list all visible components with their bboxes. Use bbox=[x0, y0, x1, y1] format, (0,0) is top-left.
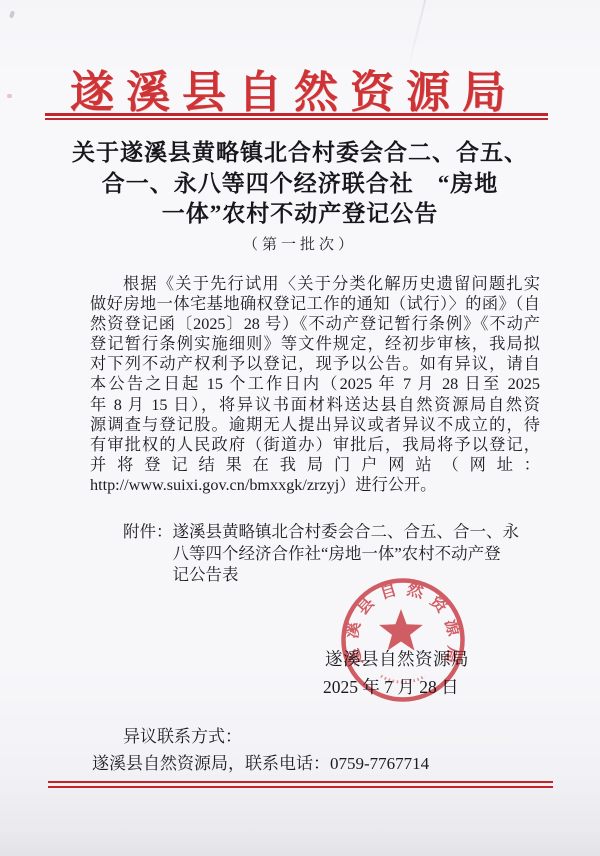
body-line: 并将登记结果在我局门户网站（网址： bbox=[90, 455, 540, 475]
letterhead-rule-line bbox=[45, 113, 548, 120]
document-title-line: 关于遂溪县黄略镇北合村委会合二、合五、 bbox=[0, 138, 600, 169]
body-line-url: http://www.suixi.gov.cn/bmxxgk/zrzyj）进行公… bbox=[90, 475, 540, 495]
body-line: 源调查与登记股。逾期无人提出异议或者异议不成立的，待 bbox=[90, 415, 540, 435]
body-line: 对下列不动产权利予以登记，现予以公告。如有异议，请自 bbox=[90, 354, 540, 374]
body-line: 然资登记函〔2025〕28 号）《不动产登记暂行条例》《不动产 bbox=[90, 314, 540, 334]
objection-contact-heading: 异议联系方式： bbox=[123, 722, 242, 747]
attachment-line: 遂溪县黄略镇北合村委会合二、合五、合一、永 bbox=[173, 521, 554, 543]
body-line: 登记暂行条例实施细则》等文件规定，经初步审核，我局拟 bbox=[90, 334, 540, 354]
attachment-line: 八等四个经济合作社“房地一体”农村不动产登 bbox=[173, 543, 554, 565]
footer-rule-line bbox=[48, 781, 553, 788]
body-line: 年 8 月 15 日），将异议书面材料送达县自然资源局自然资 bbox=[90, 395, 540, 415]
body-line: 根据《关于先行试用〈关于分类化解历史遗留问题扎实 bbox=[90, 274, 540, 294]
attachment-label: 附件： bbox=[123, 521, 173, 586]
seal-star-icon bbox=[379, 609, 423, 651]
batch-note: （第一批次） bbox=[0, 233, 600, 254]
seal-serial-marks bbox=[381, 676, 425, 682]
document-title-line: 合一、永八等四个经济联合社 “房地 bbox=[0, 169, 600, 200]
objection-contact-detail: 遂溪县自然资源局，联系电话：0759-7767714 bbox=[92, 749, 429, 774]
body-line: 有审批权的人民政府（街道办）审批后，我局将予以登记， bbox=[90, 435, 540, 455]
official-seal-stamp: 遂溪县自然资源局 bbox=[335, 572, 471, 708]
letterhead-agency-name: 遂溪县自然资源局 bbox=[0, 56, 600, 120]
document-title-line: 一体”农村不动产登记公告 bbox=[0, 199, 600, 230]
announcement-body: 根据《关于先行试用〈关于分类化解历史遗留问题扎实 做好房地一体宅基地确权登记工作… bbox=[90, 274, 540, 495]
body-line: 做好房地一体宅基地确权登记工作的通知（试行）〉的函》（自 bbox=[90, 294, 540, 314]
announcement-page: 遂溪县自然资源局 关于遂溪县黄略镇北合村委会合二、合五、 合一、永八等四个经济联… bbox=[0, 0, 600, 856]
scan-artifact-speck bbox=[9, 11, 15, 19]
document-title: 关于遂溪县黄略镇北合村委会合二、合五、 合一、永八等四个经济联合社 “房地 一体… bbox=[0, 138, 600, 230]
body-line: 本公告之日起 15 个工作日内（2025 年 7 月 28 日至 2025 bbox=[90, 374, 540, 394]
